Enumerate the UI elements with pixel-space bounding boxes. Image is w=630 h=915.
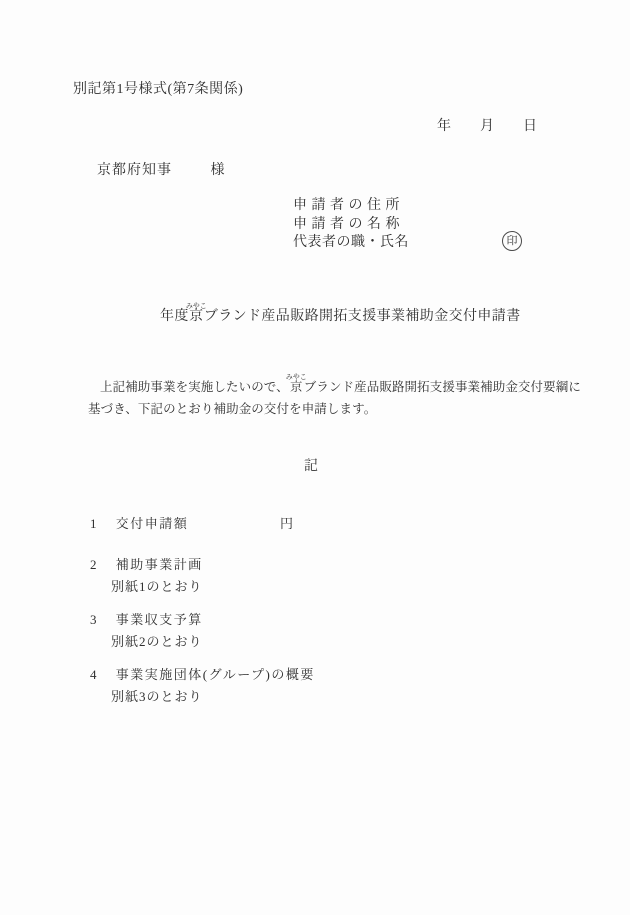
body-paragraph-line-1: 上記補助事業を実施したいので、京みやこブランド産品販路開拓支援事業補助金交付要綱…	[100, 373, 581, 394]
list-item-4: 4 事業実施団体(グループ)の概要	[90, 668, 315, 683]
document-title-suffix: ブランド産品販路開拓支援事業補助金交付申請書	[204, 309, 521, 324]
body-paragraph-line-2: 基づき、下記のとおり補助金の交付を申請します。	[88, 403, 376, 416]
seal-icon: 印	[502, 231, 522, 251]
applicant-representative-label: 代表者の職・氏名	[293, 235, 409, 254]
form-number: 別記第1号様式(第7条関係)	[73, 82, 243, 98]
list-item-3-attachment: 別紙2のとおり	[111, 635, 203, 650]
date-year-blank	[451, 119, 480, 135]
body-line1-pre: 上記補助事業を実施したいので、	[100, 380, 289, 394]
list-item-2: 2 補助事業計画	[90, 558, 203, 573]
document-title: 年度京みやこブランド産品販路開拓支援事業補助金交付申請書	[160, 302, 521, 324]
document-page: 別記第1号様式(第7条関係) 年 月 日 京都府知事 様 申 請 者 の 住 所…	[0, 0, 630, 915]
item-4-label: 事業実施団体(グループ)の概要	[116, 667, 315, 682]
addressee-honorific: 様	[211, 163, 226, 178]
applicant-address-label: 申 請 者 の 住 所	[293, 198, 409, 217]
record-marker: 記	[304, 459, 318, 475]
date-month-blank	[494, 119, 523, 135]
item-2-label: 補助事業計画	[116, 557, 203, 572]
date-line: 年 月 日	[437, 119, 537, 135]
addressee-name: 京都府知事	[97, 163, 172, 178]
date-day-label: 日	[523, 119, 537, 135]
date-month-label: 月	[480, 119, 494, 135]
item-2-number: 2	[90, 558, 111, 573]
item-4-number: 4	[90, 668, 111, 683]
body-ruby-text: みやこ	[286, 373, 307, 381]
applicant-name-label: 申 請 者 の 名 称	[293, 217, 409, 236]
list-item-2-attachment: 別紙1のとおり	[111, 580, 203, 595]
addressee-line: 京都府知事 様	[97, 163, 226, 179]
item-3-label: 事業収支予算	[116, 612, 203, 627]
list-item-3: 3 事業収支予算	[90, 613, 203, 628]
item-1-label: 交付申請額	[116, 516, 189, 531]
document-title-prefix: 年度	[160, 309, 189, 324]
body-ruby: 京みやこ	[289, 380, 304, 394]
list-item-1: 1 交付申請額 円	[90, 517, 188, 532]
date-year-label: 年	[437, 119, 451, 135]
item-3-number: 3	[90, 613, 111, 628]
list-item-4-attachment: 別紙3のとおり	[111, 690, 203, 705]
document-title-ruby-text: みやこ	[186, 302, 207, 310]
item-1-number: 1	[90, 517, 111, 532]
applicant-block: 申 請 者 の 住 所 申 請 者 の 名 称 代表者の職・氏名	[293, 198, 409, 254]
item-1-unit: 円	[280, 517, 293, 532]
body-line1-post: ブランド産品販路開拓支援事業補助金交付要綱に	[304, 380, 581, 394]
document-title-ruby: 京みやこ	[189, 309, 204, 324]
